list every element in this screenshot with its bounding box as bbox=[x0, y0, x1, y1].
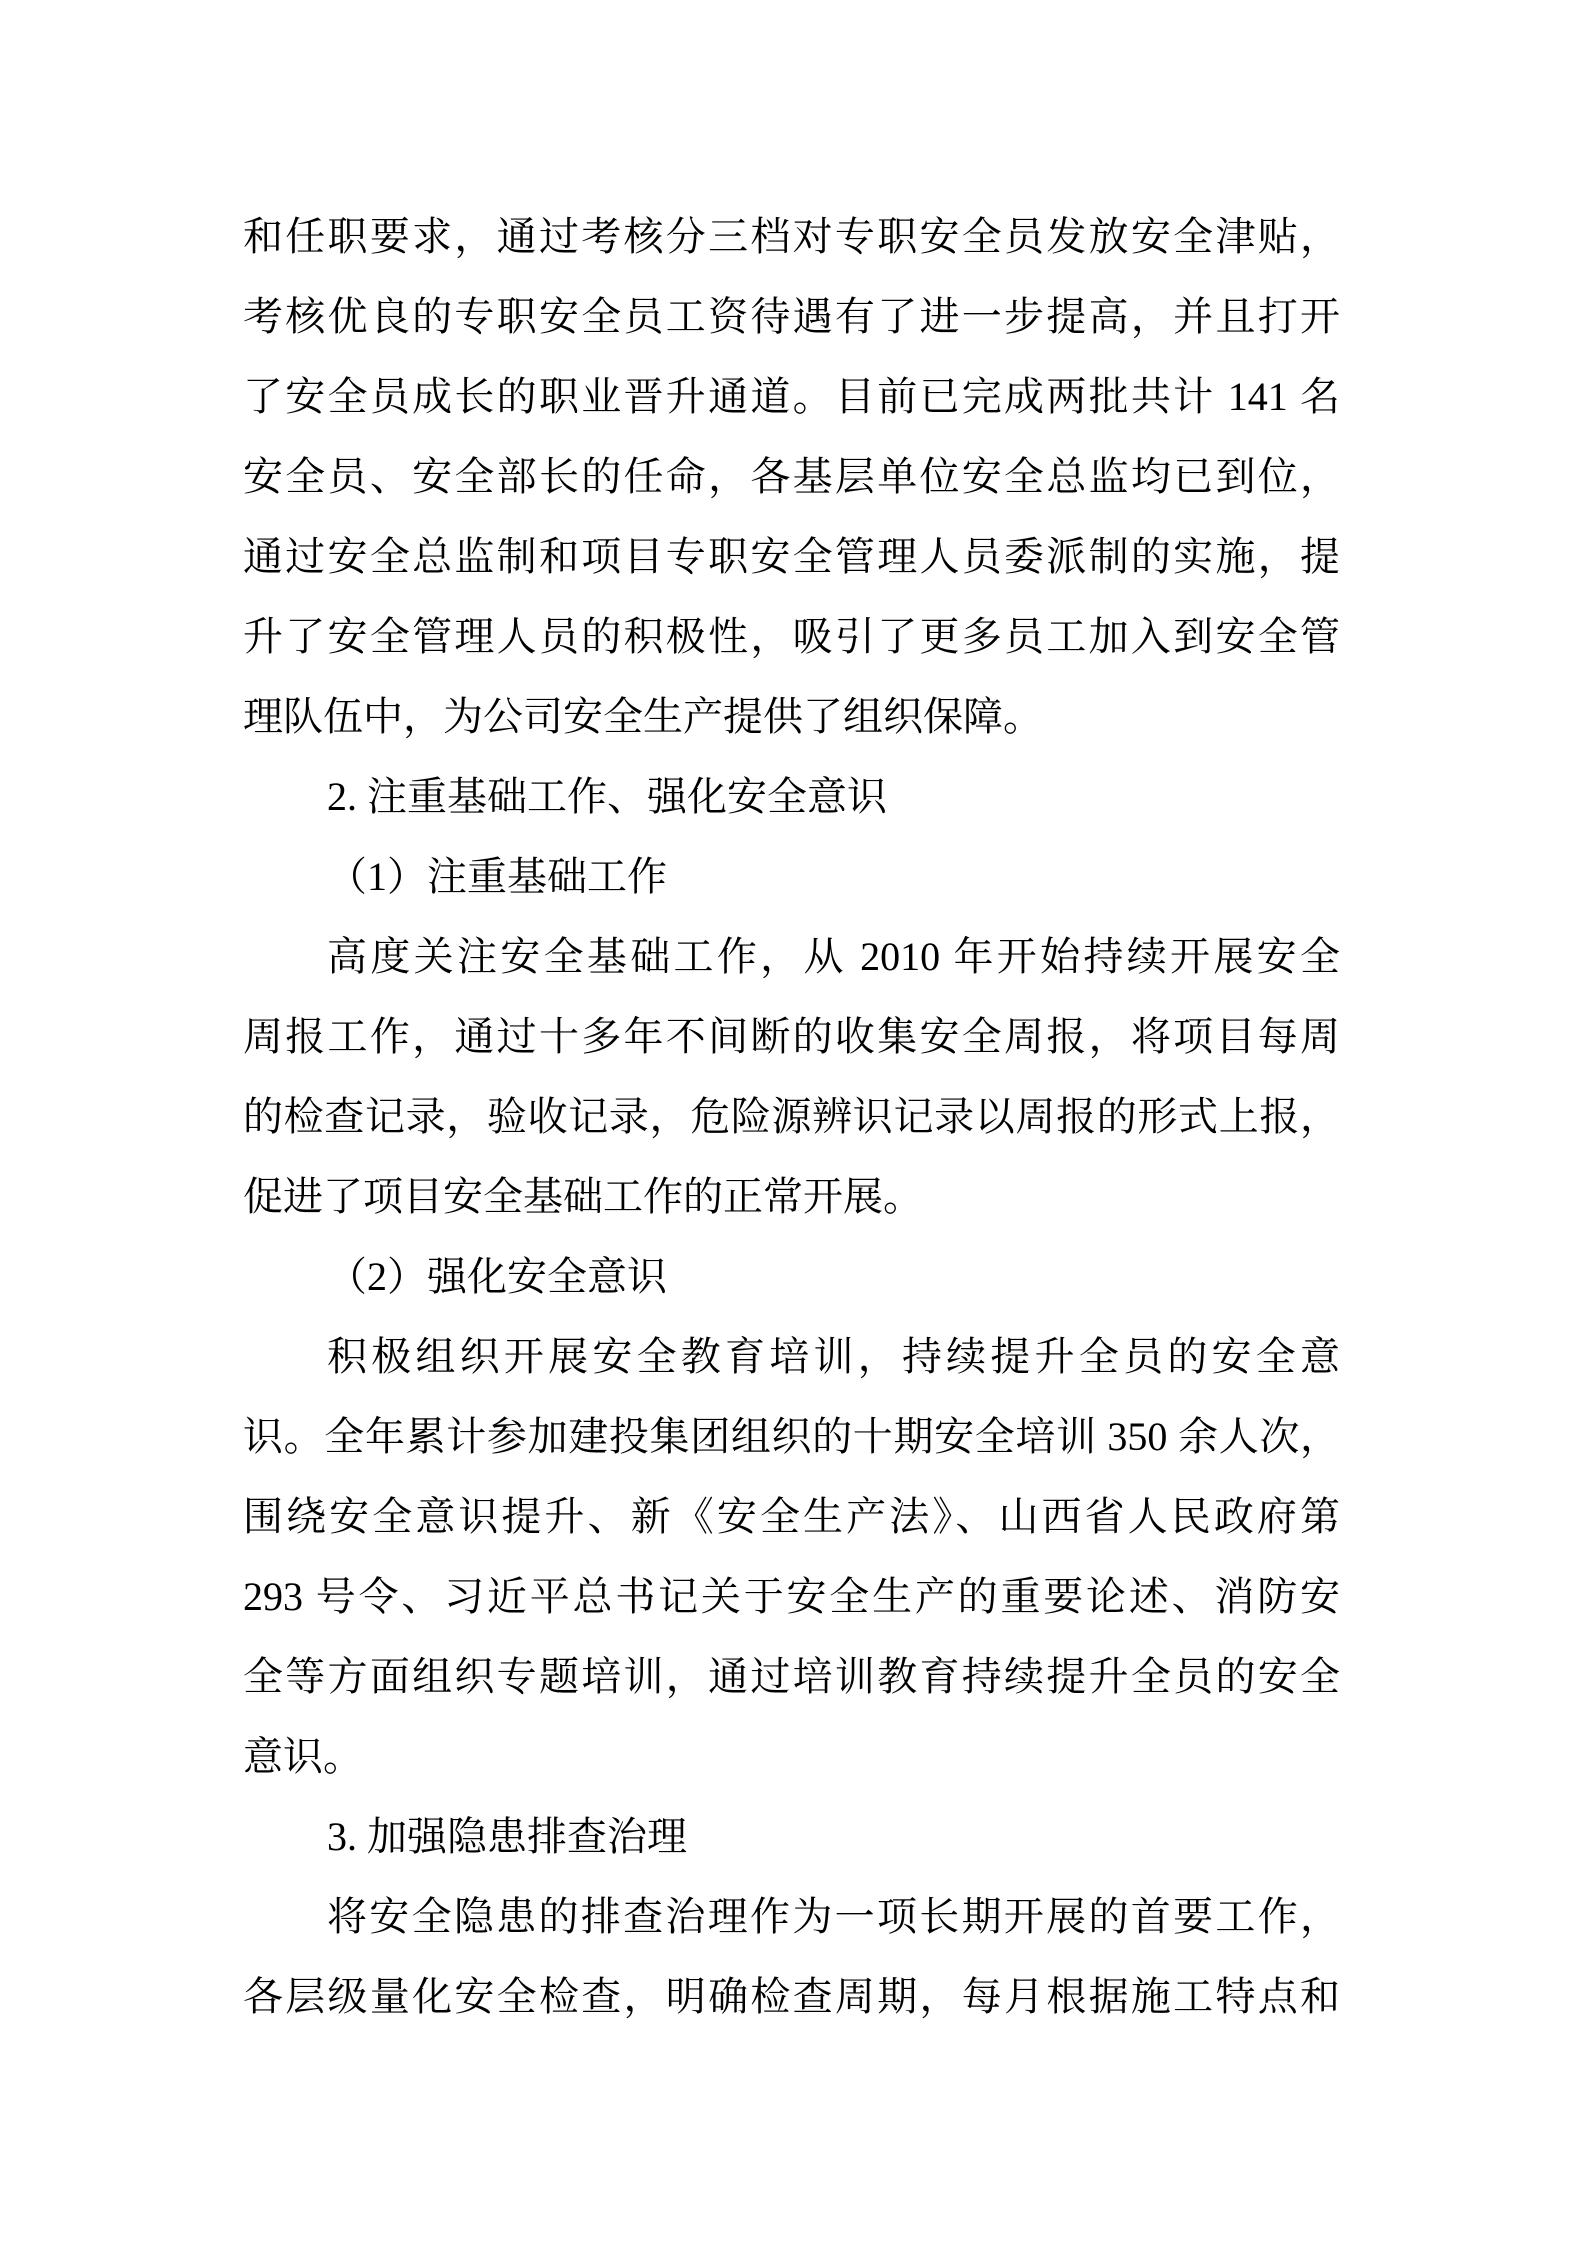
text-line: 3. 加强隐患排查治理 bbox=[243, 1797, 1340, 1877]
text-line: 2. 注重基础工作、强化安全意识 bbox=[243, 757, 1340, 837]
document-page: 和任职要求，通过考核分三档对专职安全员发放安全津贴，考核优良的专职安全员工资待遇… bbox=[0, 0, 1587, 2245]
text-line: 考核优良的专职安全员工资待遇有了进一步提高，并且打开 bbox=[243, 277, 1340, 357]
text-line: 293 号令、习近平总书记关于安全生产的重要论述、消防安 bbox=[243, 1557, 1340, 1637]
text-line: 识。全年累计参加建投集团组织的十期安全培训 350 余人次， bbox=[243, 1397, 1340, 1477]
text-line: 围绕安全意识提升、新《安全生产法》、山西省人民政府第 bbox=[243, 1477, 1340, 1557]
text-line: 和任职要求，通过考核分三档对专职安全员发放安全津贴， bbox=[243, 197, 1340, 277]
text-line: 各层级量化安全检查，明确检查周期，每月根据施工特点和 bbox=[243, 1957, 1340, 2037]
text-line: 意识。 bbox=[243, 1717, 1340, 1797]
document-text-block: 和任职要求，通过考核分三档对专职安全员发放安全津贴，考核优良的专职安全员工资待遇… bbox=[243, 197, 1340, 2037]
text-line: 周报工作，通过十多年不间断的收集安全周报，将项目每周 bbox=[243, 997, 1340, 1077]
text-line: 高度关注安全基础工作，从 2010 年开始持续开展安全 bbox=[243, 917, 1340, 997]
text-line: 的检查记录，验收记录，危险源辨识记录以周报的形式上报， bbox=[243, 1077, 1340, 1157]
text-line: 将安全隐患的排查治理作为一项长期开展的首要工作， bbox=[243, 1877, 1340, 1957]
text-line: （2）强化安全意识 bbox=[243, 1237, 1340, 1317]
text-line: 安全员、安全部长的任命，各基层单位安全总监均已到位， bbox=[243, 437, 1340, 517]
text-line: 全等方面组织专题培训，通过培训教育持续提升全员的安全 bbox=[243, 1637, 1340, 1717]
text-line: 积极组织开展安全教育培训，持续提升全员的安全意 bbox=[243, 1317, 1340, 1397]
text-line: 理队伍中，为公司安全生产提供了组织保障。 bbox=[243, 677, 1340, 757]
text-line: 促进了项目安全基础工作的正常开展。 bbox=[243, 1157, 1340, 1237]
text-line: 通过安全总监制和项目专职安全管理人员委派制的实施，提 bbox=[243, 517, 1340, 597]
text-line: 了安全员成长的职业晋升通道。目前已完成两批共计 141 名 bbox=[243, 357, 1340, 437]
text-line: （1）注重基础工作 bbox=[243, 837, 1340, 917]
text-line: 升了安全管理人员的积极性，吸引了更多员工加入到安全管 bbox=[243, 597, 1340, 677]
